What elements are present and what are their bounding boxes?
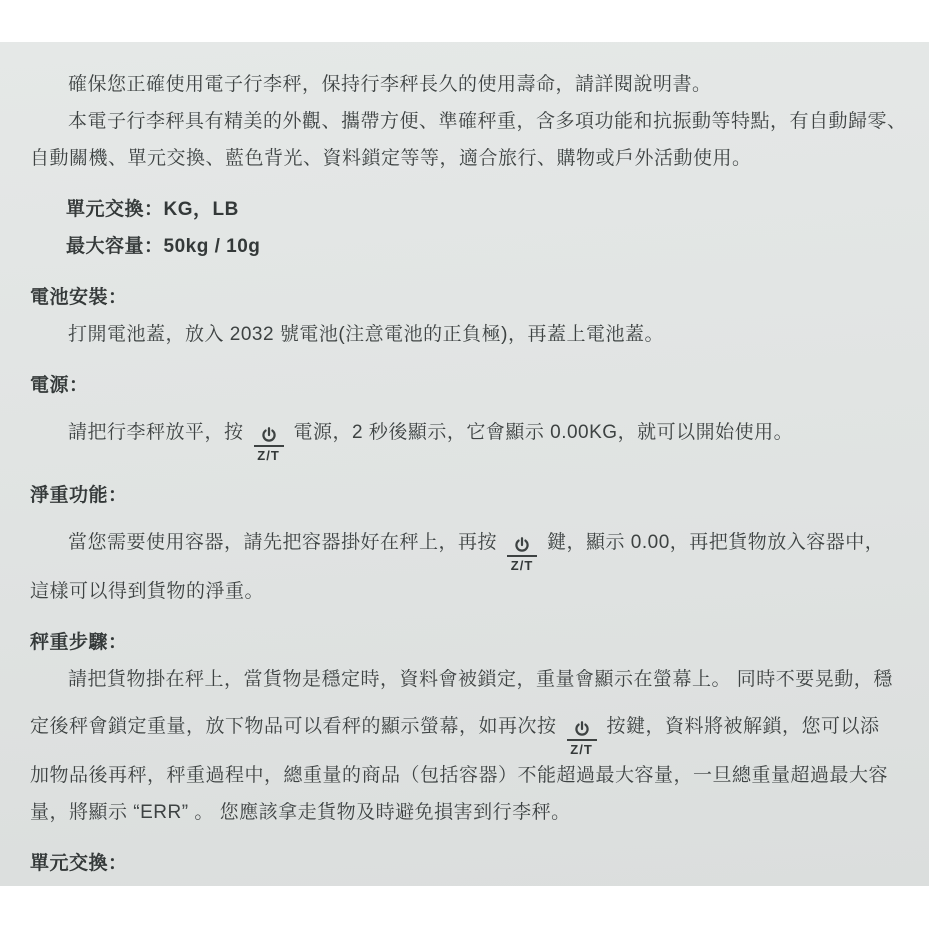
power-icon	[507, 537, 537, 557]
unit-section: 單元交換： 按 “UNIT” 鍵選擇 KG，LB,（1 公斤= 2.2 磅=35…	[30, 845, 911, 886]
weighing-section: 秤重步驟： 請把貨物掛在秤上，當貨物是穩定時，資料會被鎖定，重量會顯示在螢幕上。…	[30, 624, 911, 831]
power-icon	[254, 427, 284, 447]
tare-section: 淨重功能： 當您需要使用容器，請先把容器掛好在秤上，再按Z/T鍵，顯示 0.00…	[30, 477, 911, 610]
manual-page: 確保您正確使用電子行李秤，保持行李秤長久的使用壽命，請詳閱說明書。 本電子行李秤…	[0, 42, 929, 886]
battery-body: 打開電池蓋，放入 2032 號電池(注意電池的正負極)，再蓋上電池蓋。	[30, 316, 911, 353]
specs-section: 單元交換：KG，LB 最大容量：50kg / 10g	[30, 191, 911, 265]
intro-line-1: 確保您正確使用電子行李秤，保持行李秤長久的使用壽命，請詳閱說明書。	[30, 66, 911, 103]
tare-line-2: 這樣可以得到貨物的淨重。	[30, 573, 911, 610]
zt-key-label: Z/T	[257, 447, 280, 463]
weighing-line-1: 請把貨物掛在秤上，當貨物是穩定時，資料會被鎖定，重量會顯示在螢幕上。 同時不要晃…	[30, 661, 911, 698]
spec-unit-exchange: 單元交換：KG，LB	[30, 191, 911, 228]
power-body: 請把行李秤放平，按Z/T電源，2 秒後顯示，它會顯示 0.00KG，就可以開始使…	[30, 414, 911, 463]
unit-heading: 單元交換：	[30, 845, 911, 882]
tare-heading: 淨重功能：	[30, 477, 911, 514]
power-icon	[567, 721, 597, 741]
weighing-heading: 秤重步驟：	[30, 624, 911, 661]
unit-body: 按 “UNIT” 鍵選擇 KG，LB,（1 公斤= 2.2 磅=35.27oz …	[30, 882, 911, 886]
zero-tare-key: Z/T	[507, 537, 537, 573]
power-section: 電源： 請把行李秤放平，按Z/T電源，2 秒後顯示，它會顯示 0.00KG，就可…	[30, 367, 911, 463]
power-body-after: 電源，2 秒後顯示，它會顯示 0.00KG，就可以開始使用。	[294, 422, 794, 443]
zt-key-label: Z/T	[511, 557, 534, 573]
tare-line-1: 當您需要使用容器，請先把容器掛好在秤上，再按Z/T鍵，顯示 0.00，再把貨物放…	[30, 524, 911, 573]
zero-tare-key: Z/T	[567, 721, 597, 757]
spec-max-capacity: 最大容量：50kg / 10g	[30, 228, 911, 265]
battery-heading: 電池安裝：	[30, 279, 911, 316]
tare-line-1-before: 當您需要使用容器，請先把容器掛好在秤上，再按	[68, 532, 497, 553]
weighing-line-3: 加物品後再秤，秤重過程中，總重量的商品（包括容器）不能超過最大容量，一旦總重量超…	[30, 757, 911, 794]
weighing-line-2: 定後秤會鎖定重量，放下物品可以看秤的顯示螢幕，如再次按Z/T按鍵，資料將被解鎖，…	[30, 708, 911, 757]
power-heading: 電源：	[30, 367, 911, 404]
battery-section: 電池安裝： 打開電池蓋，放入 2032 號電池(注意電池的正負極)，再蓋上電池蓋…	[30, 279, 911, 353]
weighing-line-2-before: 定後秤會鎖定重量，放下物品可以看秤的顯示螢幕，如再次按	[30, 716, 557, 737]
intro-line-3: 自動關機、單元交換、藍色背光、資料鎖定等等，適合旅行、購物或戶外活動使用。	[30, 140, 911, 177]
tare-line-1-after: 鍵，顯示 0.00，再把貨物放入容器中，	[547, 532, 884, 553]
intro-line-2: 本電子行李秤具有精美的外觀、攜帶方便、準確秤重，含多項功能和抗振動等特點，有自動…	[30, 103, 911, 140]
weighing-line-2-after: 按鍵，資料將被解鎖，您可以添	[607, 716, 880, 737]
zt-key-label: Z/T	[570, 741, 593, 757]
zero-tare-key: Z/T	[254, 427, 284, 463]
weighing-line-4: 量，將顯示 “ERR” 。 您應該拿走貨物及時避免損害到行李秤。	[30, 794, 911, 831]
power-body-before: 請把行李秤放平，按	[68, 422, 244, 443]
